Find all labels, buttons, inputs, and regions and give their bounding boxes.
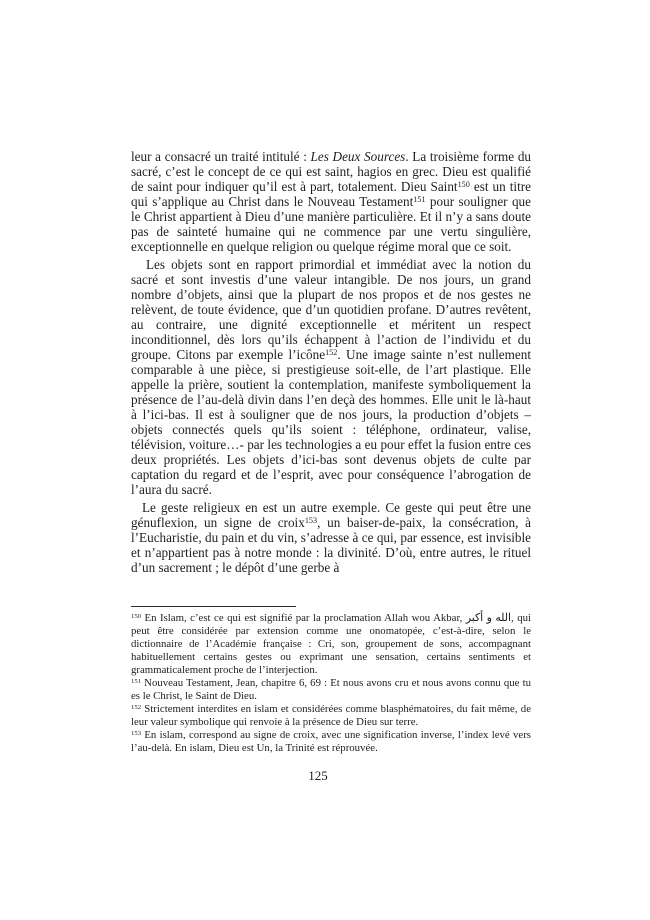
footnote-153: 153 En islam, correspond au signe de cro…	[131, 729, 531, 755]
footnote-separator	[131, 606, 296, 607]
footnote-text: Nouveau Testament, Jean, chapitre 6, 69 …	[131, 677, 531, 702]
body-paragraph: Le geste religieux en est un autre exemp…	[131, 500, 531, 575]
body-paragraph: leur a consacré un traité intitulé : Les…	[131, 149, 531, 254]
body-paragraph: Les objets sont en rapport primordial et…	[131, 257, 531, 497]
italic-text: Les Deux Sources	[311, 149, 406, 164]
footnote-150: 150 En Islam, c’est ce qui est signifié …	[131, 612, 531, 677]
footnote-reference: 152	[325, 348, 337, 357]
footnote-reference: 150	[458, 180, 470, 189]
footnote-reference: 151	[413, 195, 425, 204]
footnote-151: 151 Nouveau Testament, Jean, chapitre 6,…	[131, 677, 531, 703]
footnote-number: 152	[131, 704, 141, 711]
page-number: 125	[131, 768, 505, 783]
footnote-text: Strictement interdites en islam et consi…	[131, 703, 531, 728]
footnote-text: En Islam, c’est ce qui est signifié par …	[131, 612, 531, 676]
footnotes: 150 En Islam, c’est ce qui est signifié …	[131, 612, 531, 755]
footnote-reference: 153	[305, 516, 317, 525]
body-text: leur a consacré un traité intitulé : Les…	[131, 149, 531, 575]
text-run: . Une image sainte n’est nullement compa…	[131, 347, 531, 497]
footnote-number: 150	[131, 613, 141, 620]
footnote-number: 151	[131, 678, 141, 685]
text-run: leur a consacré un traité intitulé :	[131, 149, 311, 164]
footnote-number: 153	[131, 730, 141, 737]
footnote-text: En islam, correspond au signe de croix, …	[131, 729, 531, 754]
document-page: leur a consacré un traité intitulé : Les…	[0, 0, 650, 920]
footnote-152: 152 Strictement interdites en islam et c…	[131, 703, 531, 729]
